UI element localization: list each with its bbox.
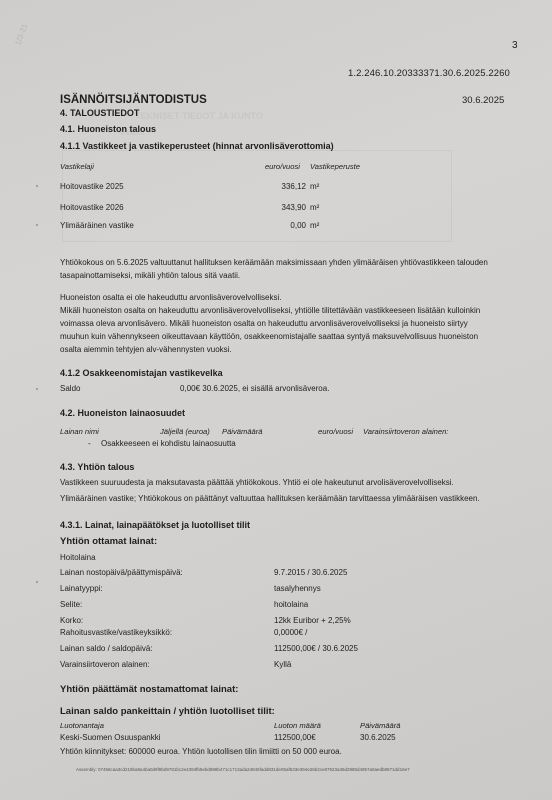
fees-col-header: euro/vuosi (240, 162, 300, 171)
section-heading-4-1-2: 4.1.2 Osakkeenomistajan vastikevelka (60, 368, 223, 378)
undrawn-loans-heading: Yhtiön päättämät nostamattomat lainat: (60, 684, 238, 695)
margin-dot (36, 388, 38, 390)
fees-col-header: Vastikeperuste (310, 162, 360, 171)
loan-detail-label: Rahoitusvastike/vastikeyksikkö: (60, 628, 172, 637)
mortgages-line: Yhtiön kiinnitykset: 600000 euroa. Yhtiö… (60, 747, 342, 756)
margin-dot (36, 224, 38, 226)
fee-type: Ylimääräinen vastike (60, 221, 134, 230)
loan-detail-label: Selite: (60, 600, 82, 609)
bank-balance-heading: Lainan saldo pankeittain / yhtiön luotol… (60, 706, 275, 717)
document-date: 30.6.2025 (462, 95, 504, 106)
bank-col-header: Luotonantaja (60, 721, 104, 730)
section-heading-4-2: 4.2. Huoneiston lainaosuudet (60, 408, 185, 418)
debt-label: Saldo (60, 384, 80, 393)
bank-lender: Keski-Suomen Osuuspankki (60, 733, 161, 742)
loan-share-col-header: Päivämäärä (222, 427, 263, 436)
loan-detail-label: Lainan nostopäivä/päättymispäivä: (60, 568, 183, 577)
extra-fee-paragraph-line: Yhtiökokous on 5.6.2025 valtuuttanut hal… (60, 258, 488, 267)
section-heading-4: 4. TALOUSTIEDOT (60, 108, 139, 118)
bullet-dash: - (88, 439, 91, 448)
margin-dot (36, 185, 38, 187)
loan-share-col-header: Jäljellä (euroa) (160, 427, 210, 436)
loan-share-col-header: Varainsiirtoveron alainen: (363, 427, 448, 436)
loan-detail-value: 9.7.2015 / 30.6.2025 (274, 568, 347, 577)
page-number: 3 (512, 40, 518, 51)
fee-amount: 0,00 (240, 221, 306, 230)
assembly-hash: Assembly: 07456caa3cd219ba8a4ba0d9f9bd97… (76, 767, 410, 772)
extra-fee-paragraph-line: tasapainottamiseksi, mikäli yhtiön talou… (60, 271, 240, 280)
company-finance-line: Vastikkeen suuruudesta ja maksutavasta p… (60, 478, 454, 487)
section-heading-4-3: 4.3. Yhtiön talous (60, 462, 134, 472)
document-title: ISÄNNÖITSIJÄNTODISTUS (60, 94, 207, 106)
loan-detail-value: 0,0000€ / (274, 628, 307, 637)
vat-paragraph-line: osalta aiemmin tehtyjen alv-vähennysten … (60, 345, 232, 354)
company-finance-line: Ylimääräinen vastike; Yhtiökokous on pää… (60, 494, 480, 503)
fee-type: Hoitovastike 2026 (60, 203, 124, 212)
fee-basis: m² (310, 182, 319, 191)
loan-detail-label: Korko: (60, 616, 83, 625)
loan-share-note: Osakkeeseen ei kohdistu lainaosuutta (101, 439, 236, 448)
vat-paragraph-line: muuhun kuin vähennykseen oikeuttavaan kä… (60, 332, 478, 341)
loan-detail-label: Lainatyyppi: (60, 584, 103, 593)
company-loans-heading: Yhtiön ottamat lainat: (60, 536, 157, 547)
show-through-text: TEKNISET TIEDOT JA KUNTO (135, 111, 263, 121)
loan-share-col-header: Lainan nimi (60, 427, 99, 436)
debt-value: 0,00€ 30.6.2025, ei sisällä arvonlisäver… (180, 384, 329, 393)
fee-amount: 343,90 (240, 203, 306, 212)
section-heading-4-3-1: 4.3.1. Lainat, lainapäätökset ja luotoll… (60, 520, 250, 530)
fee-basis: m² (310, 203, 319, 212)
loan-detail-value: tasalyhennys (274, 584, 321, 593)
loan-detail-label: Lainan saldo / saldopäivä: (60, 644, 153, 653)
margin-dot (36, 581, 38, 583)
loan-detail-value: 12kk Euribor + 2,25% (274, 616, 351, 625)
loan-detail-label: Varainsiirtoveron alainen: (60, 660, 150, 669)
loan-detail-value: hoitolaina (274, 600, 308, 609)
section-heading-4-1: 4.1. Huoneiston talous (60, 124, 156, 134)
document-page: TEKNISET TIEDOT JA KUNTO tiedot 1/3-21 3… (0, 0, 552, 800)
section-heading-4-1-1: 4.1.1 Vastikkeet ja vastikeperusteet (hi… (60, 141, 334, 151)
loan-share-col-header: euro/vuosi (318, 427, 353, 436)
bank-col-header: Päivämäärä (360, 721, 401, 730)
vat-paragraph-line: Mikäli huoneiston osalta on hakeuduttu a… (60, 306, 480, 315)
document-id: 1.2.246.10.20333371.30.6.2025.2260 (348, 68, 510, 79)
loan-detail-value: 112500,00€ / 30.6.2025 (274, 644, 358, 653)
margin-scribble: 1/3-21 (13, 22, 29, 46)
vat-paragraph-line: voimassa oleva arvonlisävero. Mikäli huo… (60, 319, 468, 328)
loan-detail-value: Kyllä (274, 660, 291, 669)
loan-name: Hoitolaina (60, 553, 96, 562)
bank-date: 30.6.2025 (360, 733, 396, 742)
vat-status-line: Huoneiston osalta ei ole hakeuduttu arvo… (60, 293, 281, 302)
fee-basis: m² (310, 221, 319, 230)
bank-amount: 112500,00€ (274, 733, 316, 742)
fee-amount: 336,12 (240, 182, 306, 191)
fees-col-header: Vastikelaji (60, 162, 94, 171)
fee-type: Hoitovastike 2025 (60, 182, 124, 191)
bank-col-header: Luoton määrä (274, 721, 321, 730)
